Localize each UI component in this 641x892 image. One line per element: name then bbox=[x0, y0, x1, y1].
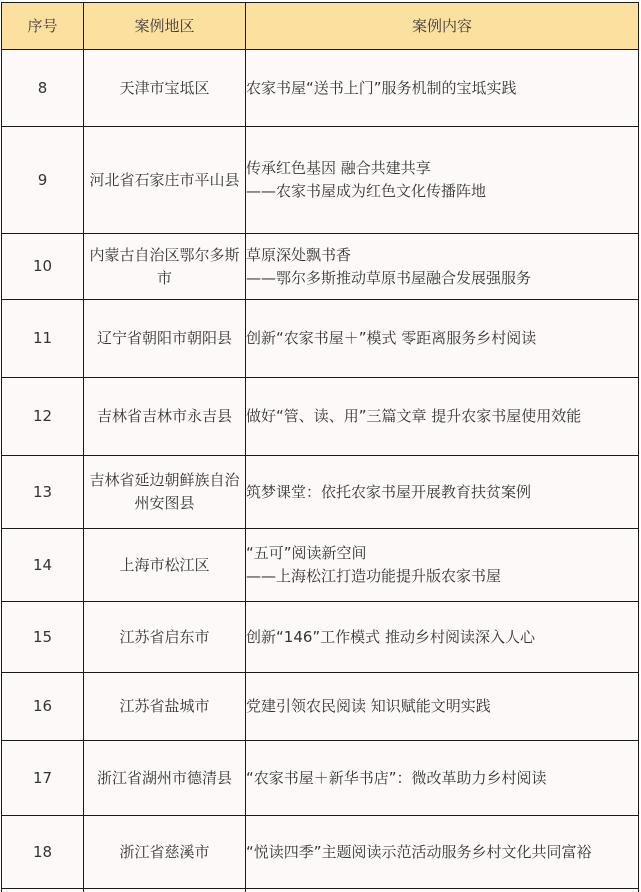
row-region: 吉林省延边朝鲜族自治州安图县 bbox=[84, 456, 246, 529]
row-no: 12 bbox=[2, 378, 84, 456]
row-no: 8 bbox=[2, 50, 84, 127]
row-no: 11 bbox=[2, 300, 84, 378]
row-region: 江苏省启东市 bbox=[84, 602, 246, 673]
content-line: “五可”阅读新空间 bbox=[246, 542, 638, 565]
content-line: 农家书屋“送书上门”服务机制的宝坻实践 bbox=[246, 77, 638, 100]
cases-table: 序号 案例地区 案例内容 8 天津市宝坻区 农家书屋“送书上门”服务机制的宝坻实… bbox=[1, 2, 639, 892]
header-content: 案例内容 bbox=[246, 3, 639, 50]
content-line: 传承红色基因 融合共建共享 bbox=[246, 157, 638, 180]
row-region: 辽宁省朝阳市朝阳县 bbox=[84, 300, 246, 378]
table-row: 12 吉林省吉林市永吉县 做好“管、读、用”三篇文章 提升农家书屋使用效能 bbox=[2, 378, 639, 456]
row-content: 筑梦课堂：依托农家书屋开展教育扶贫案例 bbox=[246, 456, 639, 529]
table-row: 15 江苏省启东市 创新“146”工作模式 推动乡村阅读深入人心 bbox=[2, 602, 639, 673]
row-no: 10 bbox=[2, 234, 84, 300]
header-region: 案例地区 bbox=[84, 3, 246, 50]
content-line: “悦读四季”主题阅读示范活动服务乡村文化共同富裕 bbox=[246, 841, 638, 864]
row-region: 天津市宝坻区 bbox=[84, 50, 246, 127]
row-content: 草原深处飘书香 ——鄂尔多斯推动草原书屋融合发展强服务 bbox=[246, 234, 639, 300]
table-row: 9 河北省石家庄市平山县 传承红色基因 融合共建共享 ——农家书屋成为红色文化传… bbox=[2, 127, 639, 234]
table-row: 18 浙江省慈溪市 “悦读四季”主题阅读示范活动服务乡村文化共同富裕 bbox=[2, 816, 639, 889]
row-content: “悦读四季”主题阅读示范活动服务乡村文化共同富裕 bbox=[246, 816, 639, 889]
row-content: 创新“146”工作模式 推动乡村阅读深入人心 bbox=[246, 602, 639, 673]
content-line: 创新“146”工作模式 推动乡村阅读深入人心 bbox=[246, 626, 638, 649]
table-row: 10 内蒙古自治区鄂尔多斯市 草原深处飘书香 ——鄂尔多斯推动草原书屋融合发展强… bbox=[2, 234, 639, 300]
row-no-partial bbox=[2, 889, 84, 892]
row-region: 吉林省吉林市永吉县 bbox=[84, 378, 246, 456]
row-region: 上海市松江区 bbox=[84, 529, 246, 602]
row-no: 18 bbox=[2, 816, 84, 889]
row-no: 14 bbox=[2, 529, 84, 602]
row-region: 浙江省慈溪市 bbox=[84, 816, 246, 889]
row-no: 16 bbox=[2, 673, 84, 741]
row-content: 农家书屋“送书上门”服务机制的宝坻实践 bbox=[246, 50, 639, 127]
row-content: “五可”阅读新空间 ——上海松江打造功能提升版农家书屋 bbox=[246, 529, 639, 602]
table-row: 8 天津市宝坻区 农家书屋“送书上门”服务机制的宝坻实践 bbox=[2, 50, 639, 127]
content-line: ——农家书屋成为红色文化传播阵地 bbox=[246, 180, 638, 203]
content-line: 党建引领农民阅读 知识赋能文明实践 bbox=[246, 695, 638, 718]
row-region: 浙江省湖州市德清县 bbox=[84, 741, 246, 816]
table-row: 17 浙江省湖州市德清县 “农家书屋＋新华书店”：微改革助力乡村阅读 bbox=[2, 741, 639, 816]
table-row: 14 上海市松江区 “五可”阅读新空间 ——上海松江打造功能提升版农家书屋 bbox=[2, 529, 639, 602]
row-region: 内蒙古自治区鄂尔多斯市 bbox=[84, 234, 246, 300]
row-region-partial bbox=[84, 889, 246, 892]
table-header-row: 序号 案例地区 案例内容 bbox=[2, 3, 639, 50]
table-row: 13 吉林省延边朝鲜族自治州安图县 筑梦课堂：依托农家书屋开展教育扶贫案例 bbox=[2, 456, 639, 529]
row-content: 传承红色基因 融合共建共享 ——农家书屋成为红色文化传播阵地 bbox=[246, 127, 639, 234]
content-line: ——上海松江打造功能提升版农家书屋 bbox=[246, 565, 638, 588]
content-line: “农家书屋＋新华书店”：微改革助力乡村阅读 bbox=[246, 767, 638, 790]
row-no: 15 bbox=[2, 602, 84, 673]
row-content: 党建引领农民阅读 知识赋能文明实践 bbox=[246, 673, 639, 741]
row-region: 江苏省盐城市 bbox=[84, 673, 246, 741]
row-content: 做好“管、读、用”三篇文章 提升农家书屋使用效能 bbox=[246, 378, 639, 456]
content-line: 草原深处飘书香 bbox=[246, 244, 638, 267]
row-content-partial bbox=[246, 889, 639, 892]
row-content: 创新“农家书屋＋”模式 零距离服务乡村阅读 bbox=[246, 300, 639, 378]
row-no: 13 bbox=[2, 456, 84, 529]
content-line: 筑梦课堂：依托农家书屋开展教育扶贫案例 bbox=[246, 481, 638, 504]
content-line: 做好“管、读、用”三篇文章 提升农家书屋使用效能 bbox=[246, 405, 638, 428]
table-row: 16 江苏省盐城市 党建引领农民阅读 知识赋能文明实践 bbox=[2, 673, 639, 741]
row-region: 河北省石家庄市平山县 bbox=[84, 127, 246, 234]
content-line: ——鄂尔多斯推动草原书屋融合发展强服务 bbox=[246, 267, 638, 290]
row-no: 17 bbox=[2, 741, 84, 816]
row-no: 9 bbox=[2, 127, 84, 234]
table-row: 11 辽宁省朝阳市朝阳县 创新“农家书屋＋”模式 零距离服务乡村阅读 bbox=[2, 300, 639, 378]
header-no: 序号 bbox=[2, 3, 84, 50]
content-line: 创新“农家书屋＋”模式 零距离服务乡村阅读 bbox=[246, 327, 638, 350]
row-content: “农家书屋＋新华书店”：微改革助力乡村阅读 bbox=[246, 741, 639, 816]
table-row-partial bbox=[2, 889, 639, 892]
